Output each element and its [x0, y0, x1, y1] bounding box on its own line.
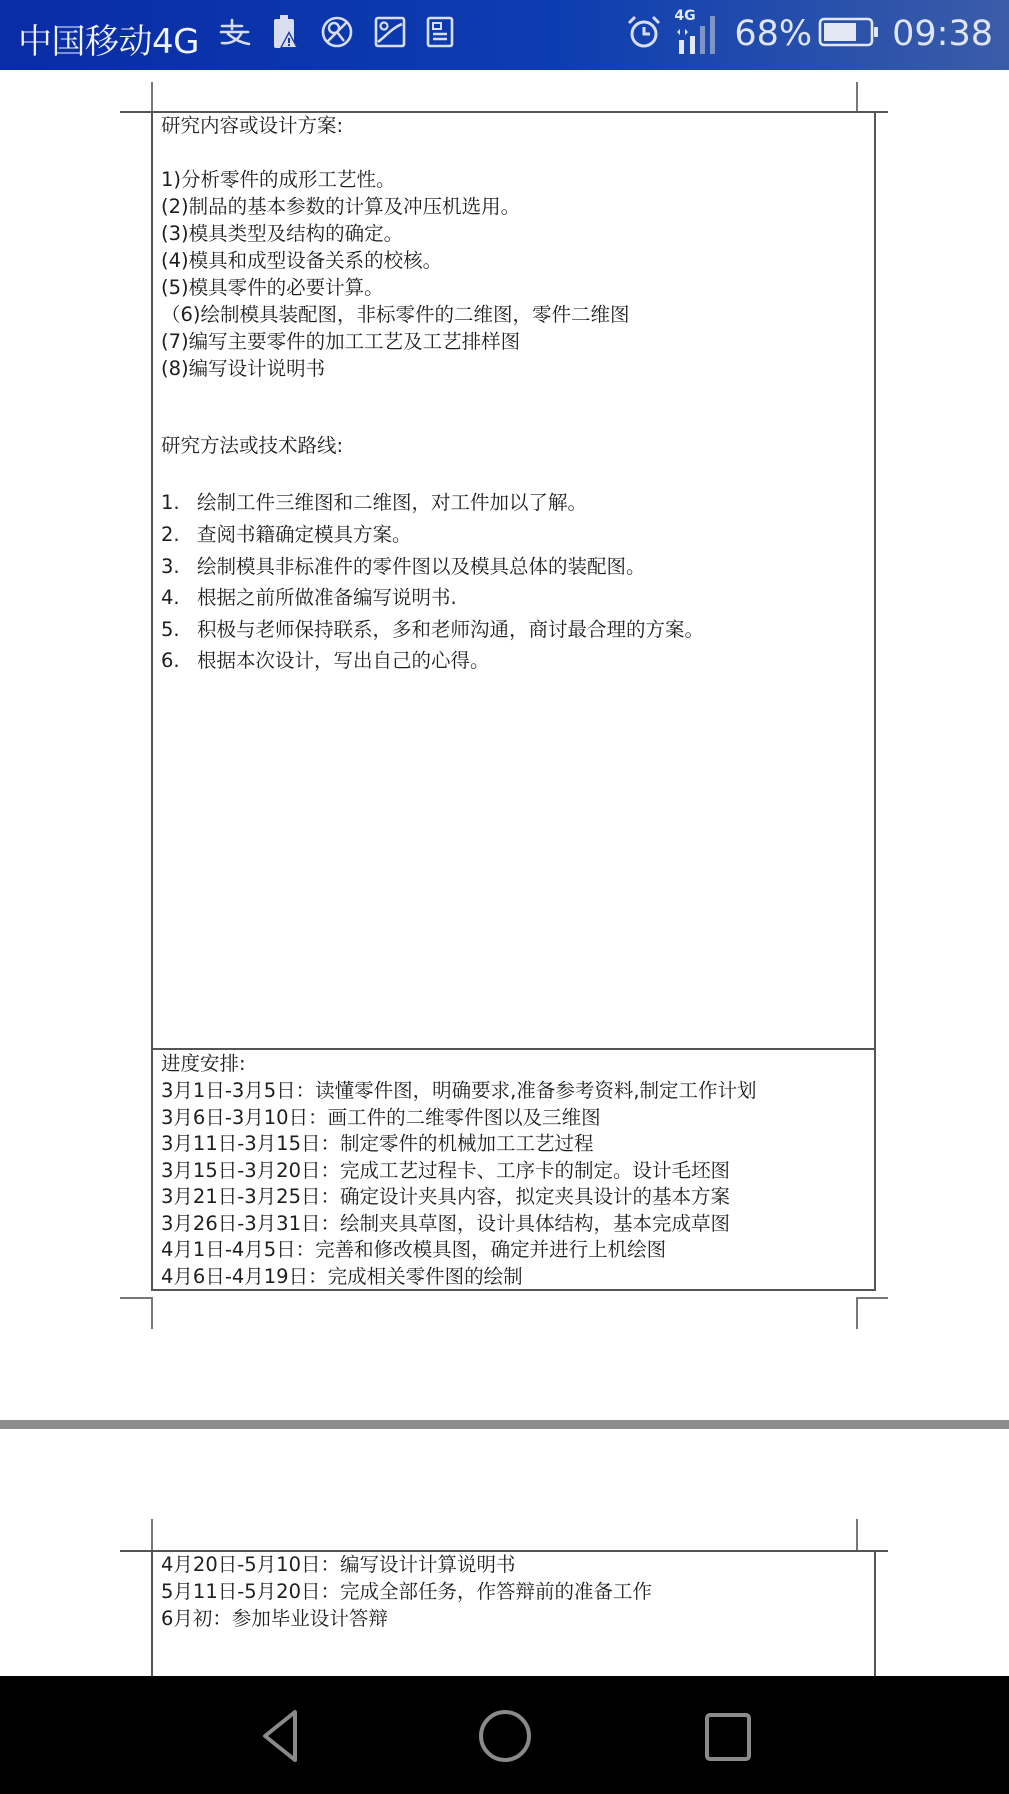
method-item: 5.积极与老师保持联系，多和老师沟通，商讨最合理的方案。: [161, 617, 704, 643]
crop-mark: [856, 1519, 858, 1551]
method-item-number: 2.: [161, 522, 197, 548]
schedule-item: 3月15日-3月20日：完成工艺过程卡、工序卡的制定。设计毛坯图: [161, 1158, 730, 1184]
alarm-icon: [626, 14, 662, 54]
design-item: (2)制品的基本参数的计算及冲压机选用。: [161, 194, 520, 220]
design-item: （6)绘制模具装配图，非标零件的二维图，零件二维图: [161, 302, 630, 328]
status-bar: 中国移动4G 4G 68% 09:38: [0, 0, 1009, 70]
method-item-text: 绘制工件三维图和二维图，对工件加以了解。: [197, 491, 587, 514]
battery-icon: [818, 16, 880, 52]
method-item-number: 4.: [161, 585, 197, 611]
crop-mark: [856, 1297, 888, 1299]
back-button[interactable]: [250, 1706, 310, 1766]
recents-icon: [703, 1711, 753, 1761]
home-button[interactable]: [475, 1706, 535, 1766]
document-viewer[interactable]: 研究内容或设计方案: 1)分析零件的成形工艺性。 (2)制品的基本参数的计算及冲…: [0, 70, 1009, 1676]
design-item: 1)分析零件的成形工艺性。: [161, 167, 396, 193]
battery-percent: 68%: [734, 14, 812, 54]
alipay-icon: [218, 17, 252, 47]
schedule-item: 5月11日-5月20日：完成全部任务，作答辩前的准备工作: [161, 1579, 652, 1605]
method-item-number: 3.: [161, 554, 197, 580]
section-heading-method: 研究方法或技术路线:: [161, 433, 343, 459]
schedule-item: 4月1日-4月5日：完善和修改模具图，确定并进行上机绘图: [161, 1237, 666, 1263]
method-item-number: 6.: [161, 648, 197, 674]
crop-mark: [151, 1297, 153, 1329]
method-item-text: 绘制模具非标准件的零件图以及模具总体的装配图。: [197, 555, 646, 578]
gallery-icon: [374, 16, 406, 48]
carrier-label: 中国移动4G: [18, 14, 199, 63]
news-icon: [426, 16, 454, 48]
design-item: (3)模具类型及结构的确定。: [161, 221, 403, 247]
method-item-number: 1.: [161, 490, 197, 516]
method-item: 3.绘制模具非标准件的零件图以及模具总体的装配图。: [161, 554, 646, 580]
method-item: 2.查阅书籍确定模具方案。: [161, 522, 412, 548]
table-border-left: [151, 111, 153, 1291]
crop-mark: [151, 1519, 153, 1551]
design-item: (8)编写设计说明书: [161, 356, 325, 382]
schedule-item: 4月20日-5月10日：编写设计计算说明书: [161, 1552, 515, 1578]
schedule-item: 4月6日-4月19日：完成相关零件图的绘制: [161, 1264, 523, 1290]
schedule-item: 3月6日-3月10日：画工件的二维零件图以及三维图: [161, 1105, 601, 1131]
table-border-right: [874, 1550, 876, 1680]
battery-warning-icon: [272, 14, 300, 50]
clock: 09:38: [892, 14, 993, 54]
design-item: (4)模具和成型设备关系的校核。: [161, 248, 442, 274]
schedule-item: 3月11日-3月15日：制定零件的机械加工工艺过程: [161, 1131, 593, 1157]
table-border-left: [151, 1550, 153, 1680]
signal-icon: 4G: [674, 12, 720, 56]
schedule-item: 3月1日-3月5日：读懂零件图，明确要求,准备参考资料,制定工作计划: [161, 1078, 757, 1104]
method-item-text: 查阅书籍确定模具方案。: [197, 523, 412, 546]
recents-button[interactable]: [698, 1706, 758, 1766]
method-item-text: 根据本次设计，写出自己的心得。: [197, 649, 490, 672]
navigation-bar: [0, 1676, 1009, 1794]
schedule-item: 3月21日-3月25日：确定设计夹具内容，拟定夹具设计的基本方案: [161, 1184, 730, 1210]
method-item-text: 积极与老师保持联系，多和老师沟通，商讨最合理的方案。: [197, 618, 704, 641]
home-icon: [477, 1708, 533, 1764]
crop-mark: [120, 1297, 152, 1299]
page-separator: [0, 1420, 1009, 1429]
back-icon: [255, 1708, 305, 1764]
method-item-number: 5.: [161, 617, 197, 643]
section-heading-schedule: 进度安排:: [161, 1051, 246, 1077]
no-disturb-icon: [320, 15, 354, 49]
method-item: 6.根据本次设计，写出自己的心得。: [161, 648, 490, 674]
section-heading-design: 研究内容或设计方案:: [161, 113, 343, 139]
table-row-divider: [151, 1048, 876, 1050]
crop-mark: [856, 82, 858, 112]
schedule-item: 6月初：参加毕业设计答辩: [161, 1606, 388, 1632]
method-item: 4.根据之前所做准备编写说明书.: [161, 585, 457, 611]
schedule-item: 3月26日-3月31日：绘制夹具草图，设计具体结构，基本完成草图: [161, 1211, 730, 1237]
notification-icons: [218, 14, 454, 50]
table-border-right: [874, 111, 876, 1291]
method-item-text: 根据之前所做准备编写说明书.: [197, 586, 457, 609]
crop-mark: [151, 82, 153, 112]
method-item: 1.绘制工件三维图和二维图，对工件加以了解。: [161, 490, 587, 516]
design-item: (5)模具零件的必要计算。: [161, 275, 384, 301]
design-item: (7)编写主要零件的加工工艺及工艺排样图: [161, 329, 520, 355]
crop-mark: [856, 1297, 858, 1329]
status-right: 4G 68% 09:38: [626, 12, 993, 56]
